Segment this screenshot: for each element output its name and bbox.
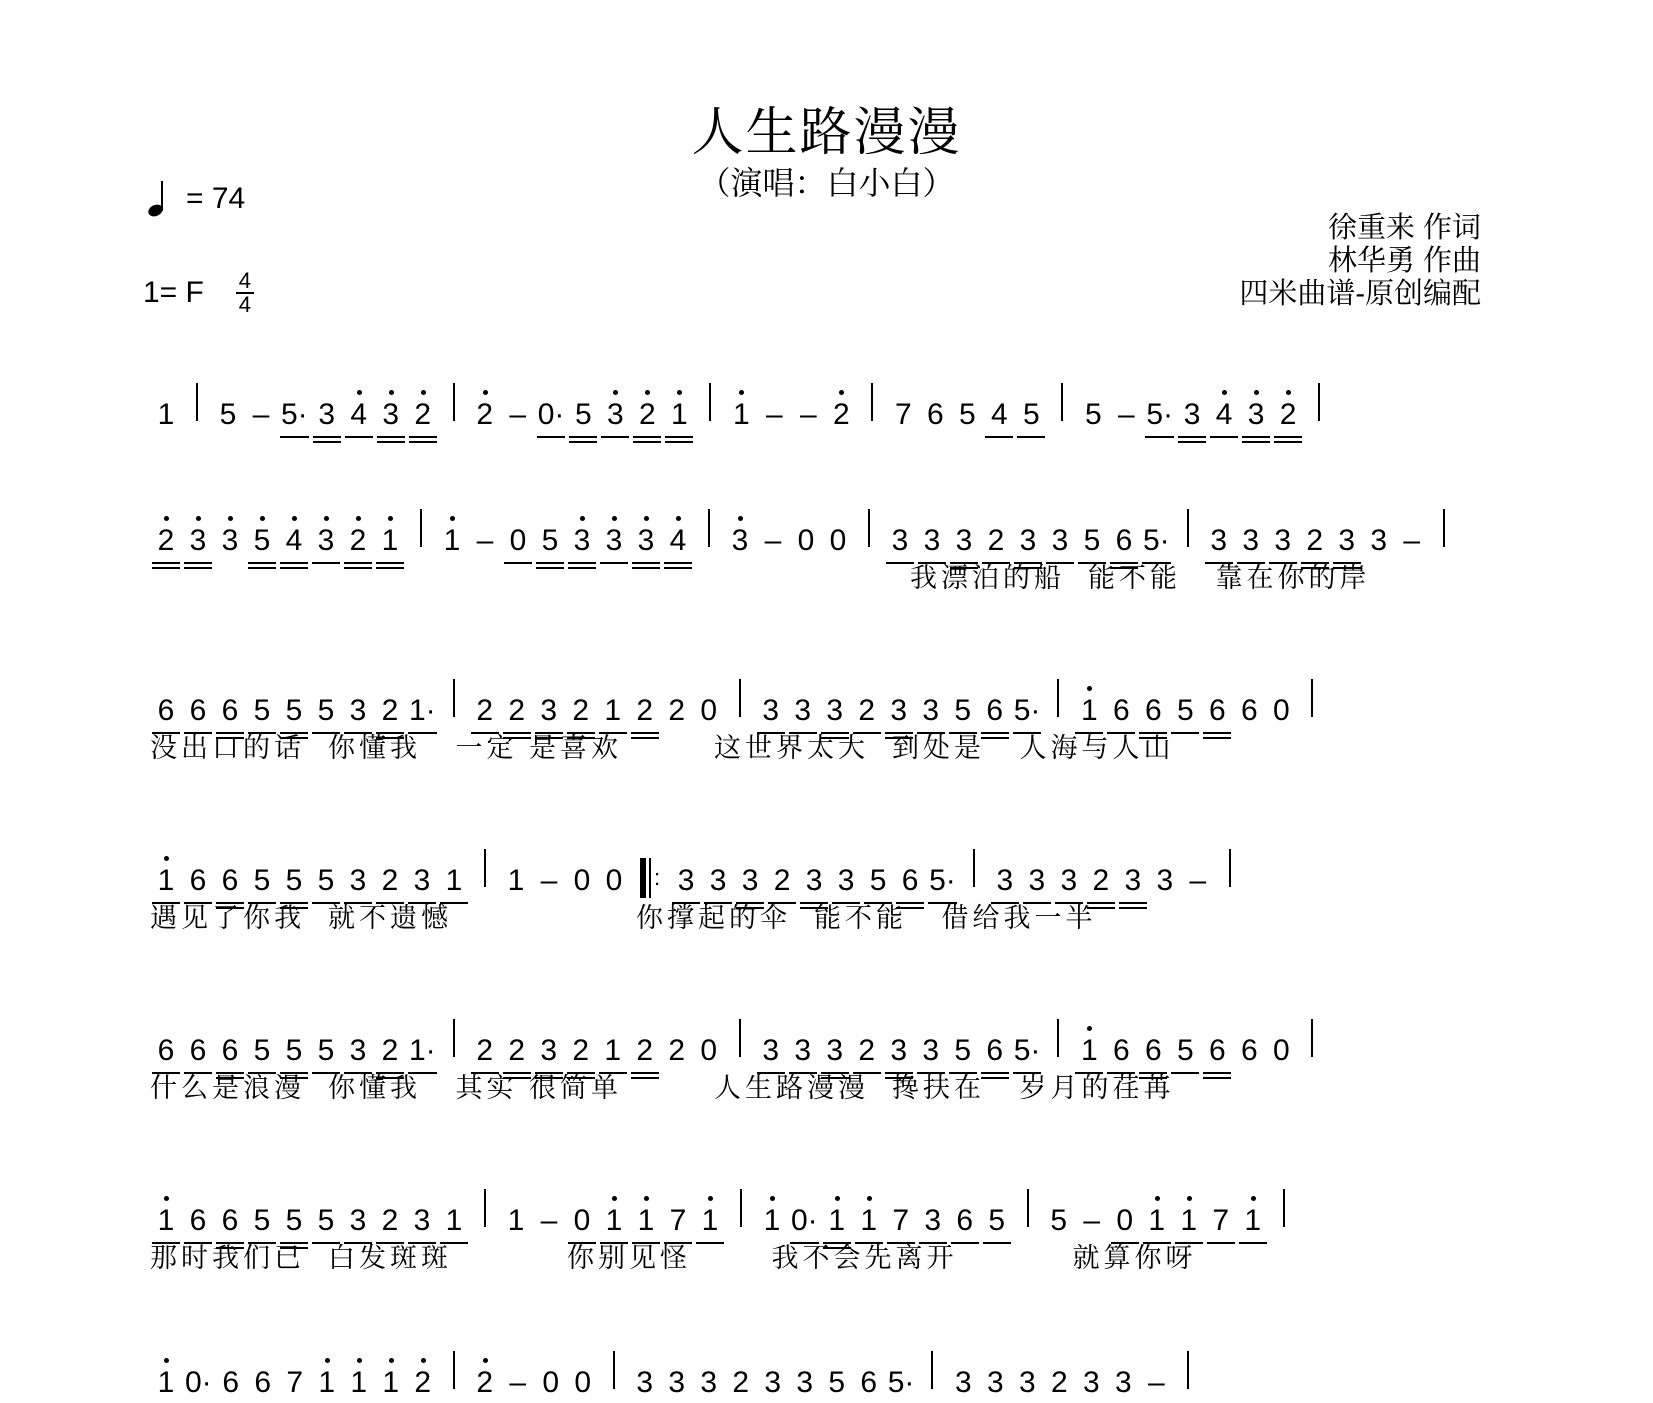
- score-row-5: 666555321·22321220333233565·1665660 什么是浪…: [150, 1008, 1530, 1078]
- note: 6: [1137, 1034, 1169, 1068]
- barline: [1027, 1189, 1029, 1227]
- note: 6: [214, 864, 246, 898]
- barline: [739, 1019, 741, 1057]
- extension-dash: –: [756, 524, 790, 558]
- barline: [453, 1351, 455, 1389]
- time-sig-top: 4: [239, 270, 251, 292]
- notes-row-3: 666555321·22321220333233565·1665660: [150, 668, 1327, 728]
- note: 0: [567, 1366, 599, 1400]
- note: 6: [979, 694, 1011, 728]
- key-label: 1= F: [143, 276, 204, 310]
- extension-dash: –: [1109, 398, 1143, 432]
- note: 3: [342, 1034, 374, 1068]
- note: 2: [565, 1034, 597, 1068]
- note: 3: [1053, 864, 1085, 898]
- note: 5: [246, 524, 278, 558]
- note: 3: [598, 524, 630, 558]
- note: 2: [374, 694, 406, 728]
- note: 7: [887, 398, 919, 432]
- barline: [739, 679, 741, 717]
- note: 1·: [406, 694, 439, 728]
- note: 2: [631, 398, 663, 432]
- extension-dash: –: [501, 398, 535, 432]
- score-row-3: 666555321·22321220333233565·1665660 没出口的…: [150, 668, 1530, 738]
- note: 5: [1043, 1204, 1075, 1238]
- note: 5: [947, 1034, 979, 1068]
- barline: [871, 383, 873, 421]
- note: 0: [693, 694, 725, 728]
- note: 0: [1265, 694, 1297, 728]
- note: 1: [150, 1204, 182, 1238]
- note: 3: [1240, 398, 1272, 432]
- note: 3: [979, 1366, 1011, 1400]
- barline: [196, 383, 198, 421]
- note: 5: [1169, 1034, 1201, 1068]
- extension-dash: –: [532, 1204, 566, 1238]
- note: 1: [821, 1204, 853, 1238]
- note: 1: [1073, 694, 1105, 728]
- note: 6: [919, 398, 951, 432]
- note: 5: [278, 864, 310, 898]
- note: 1: [1237, 1204, 1269, 1238]
- note: 2: [374, 1204, 406, 1238]
- note: 3: [915, 694, 947, 728]
- note: 2: [501, 1034, 533, 1068]
- note: 0: [1265, 1034, 1297, 1068]
- note: 1: [853, 1204, 885, 1238]
- note: 6: [1201, 694, 1233, 728]
- barline: [453, 383, 455, 421]
- note: 0·: [535, 398, 568, 432]
- note: 3: [1149, 864, 1181, 898]
- note: 3: [798, 864, 830, 898]
- note: 5: [278, 1204, 310, 1238]
- note: 3: [1107, 1366, 1139, 1400]
- note: 2: [374, 1034, 406, 1068]
- note: 4: [662, 524, 694, 558]
- note: 7: [1205, 1204, 1237, 1238]
- note: 3: [755, 694, 787, 728]
- note: 3: [1267, 524, 1299, 558]
- note: 1: [597, 694, 629, 728]
- note: 1: [1073, 1034, 1105, 1068]
- note: 2: [725, 1366, 757, 1400]
- note: 3: [375, 398, 407, 432]
- note: 3: [342, 864, 374, 898]
- extension-dash: –: [1395, 524, 1429, 558]
- note: 6: [182, 1034, 214, 1068]
- note: 3: [1176, 398, 1208, 432]
- note: 2: [469, 694, 501, 728]
- note: 0: [535, 1366, 567, 1400]
- note: 1: [150, 398, 182, 432]
- note: 3: [630, 524, 662, 558]
- note: 2: [1272, 398, 1304, 432]
- note: 6: [182, 1204, 214, 1238]
- extension-dash: –: [1075, 1204, 1109, 1238]
- note: 3: [693, 1366, 725, 1400]
- note: 5·: [1140, 524, 1173, 558]
- note: 1: [343, 1366, 375, 1400]
- lyrics-row-3: 没出口的话 你懂我 一定 是喜欢 这世界太大 到处是 人海与人山: [150, 726, 1175, 765]
- extension-dash: –: [757, 398, 791, 432]
- note: 3: [989, 864, 1021, 898]
- note: 3: [182, 524, 214, 558]
- barline: [1061, 383, 1063, 421]
- note: 3: [533, 1034, 565, 1068]
- notes-row-7: 10·66711122–00333233565·333233–: [150, 1340, 1203, 1400]
- note: 0: [598, 864, 630, 898]
- note: 5: [246, 1204, 278, 1238]
- note: 6: [1233, 1034, 1265, 1068]
- note: 3: [883, 1034, 915, 1068]
- barline: [420, 509, 422, 547]
- note: 7: [885, 1204, 917, 1238]
- note: 3: [1363, 524, 1395, 558]
- barline: [613, 1351, 615, 1389]
- note: 2: [407, 398, 439, 432]
- extension-dash: –: [244, 398, 278, 432]
- note: 6: [1108, 524, 1140, 558]
- note: 3: [1075, 1366, 1107, 1400]
- note: 0: [1109, 1204, 1141, 1238]
- note: 3: [883, 694, 915, 728]
- note: 1: [374, 524, 406, 558]
- lyrics-row-2: 我漂泊的船 能不能 靠在你的岸: [910, 556, 1371, 595]
- note: 1: [663, 398, 695, 432]
- note: 2: [661, 1034, 693, 1068]
- note: 6: [214, 1204, 246, 1238]
- note: 3: [734, 864, 766, 898]
- note: 3: [406, 1204, 438, 1238]
- credits: 徐重来 作词 林华勇 作曲 四米曲谱-原创编配: [1239, 212, 1481, 311]
- note: 3: [342, 694, 374, 728]
- note: 3: [916, 524, 948, 558]
- note: 3: [214, 524, 246, 558]
- note: 2: [342, 524, 374, 558]
- note: 3: [947, 1366, 979, 1400]
- note: 5·: [1143, 398, 1176, 432]
- extension-dash: –: [468, 524, 502, 558]
- note: 3: [819, 694, 851, 728]
- note: 4: [1208, 398, 1240, 432]
- note: 2: [501, 694, 533, 728]
- barline: [1311, 679, 1313, 717]
- notes-row-6: 16655532311–0117110·1173655–01171: [150, 1178, 1299, 1238]
- note: 5·: [278, 398, 311, 432]
- note: 3: [702, 864, 734, 898]
- barline: [1318, 383, 1320, 421]
- note: 3: [755, 1034, 787, 1068]
- note: 3: [661, 1366, 693, 1400]
- note: 3: [1021, 864, 1053, 898]
- note: 5: [310, 1034, 342, 1068]
- extension-dash: –: [1139, 1366, 1173, 1400]
- barline: [453, 679, 455, 717]
- note: 7: [279, 1366, 311, 1400]
- note: 2: [629, 694, 661, 728]
- note: 3: [915, 1034, 947, 1068]
- note: 3: [948, 524, 980, 558]
- note: 3: [787, 694, 819, 728]
- note: 5: [981, 1204, 1013, 1238]
- note: 6: [1137, 694, 1169, 728]
- note: 3: [1203, 524, 1235, 558]
- note: 5: [212, 398, 244, 432]
- barline: [868, 509, 870, 547]
- note: 1: [500, 1204, 532, 1238]
- note: 0: [566, 864, 598, 898]
- note: 3: [830, 864, 862, 898]
- note: 1: [150, 864, 182, 898]
- note: 5: [1077, 398, 1109, 432]
- note: 5·: [885, 1366, 918, 1400]
- score-row-6: 16655532311–0117110·1173655–01171 那时我们已 …: [150, 1178, 1530, 1248]
- note: 1: [438, 864, 470, 898]
- time-signature: 4 4: [222, 270, 268, 316]
- note: 0: [822, 524, 854, 558]
- note: 6: [949, 1204, 981, 1238]
- note: 1: [1173, 1204, 1205, 1238]
- note: 1: [630, 1204, 662, 1238]
- note: 1: [756, 1204, 788, 1238]
- note: 5: [821, 1366, 853, 1400]
- note: 2: [469, 1366, 501, 1400]
- song-title: 人生路漫漫: [0, 90, 1653, 165]
- note: 2: [565, 694, 597, 728]
- note: 2: [1085, 864, 1117, 898]
- lyricist-credit: 徐重来 作词: [1239, 212, 1481, 245]
- note: 1·: [406, 1034, 439, 1068]
- note: 6: [1105, 694, 1137, 728]
- extension-dash: –: [1181, 864, 1215, 898]
- barline: [1187, 1351, 1189, 1389]
- note: 6: [214, 1034, 246, 1068]
- note: 2: [1299, 524, 1331, 558]
- note: 3: [342, 1204, 374, 1238]
- note: 0: [566, 1204, 598, 1238]
- note: 3: [1011, 1366, 1043, 1400]
- note: 5: [1076, 524, 1108, 558]
- note: 2: [469, 1034, 501, 1068]
- notes-row-4: 16655532311–00:333233565·333233–: [150, 838, 1245, 898]
- note: 3: [1331, 524, 1363, 558]
- note: 5: [246, 1034, 278, 1068]
- note: 3: [1235, 524, 1267, 558]
- note: 2: [980, 524, 1012, 558]
- note: 4: [278, 524, 310, 558]
- barline: [453, 1019, 455, 1057]
- barline: [1057, 679, 1059, 717]
- note: 0: [693, 1034, 725, 1068]
- note: 3: [819, 1034, 851, 1068]
- note: 1: [436, 524, 468, 558]
- note: 3: [629, 1366, 661, 1400]
- note: 5: [1015, 398, 1047, 432]
- barline: [709, 383, 711, 421]
- score-row-4: 16655532311–00:333233565·333233– 遇见了你我 就…: [150, 838, 1530, 908]
- note: 5: [310, 864, 342, 898]
- note: 6: [214, 694, 246, 728]
- note: 2: [629, 1034, 661, 1068]
- note: 6: [1233, 694, 1265, 728]
- note: 3: [311, 398, 343, 432]
- note: 1: [500, 864, 532, 898]
- note: 5: [278, 694, 310, 728]
- note: 3: [1117, 864, 1149, 898]
- barline: [1187, 509, 1189, 547]
- note: 6: [150, 1034, 182, 1068]
- tempo-marking: = 74: [148, 182, 245, 216]
- lyrics-row-4: 遇见了你我 就不遗憾 你撑起的伞 能不能 借给我一半: [150, 896, 1097, 935]
- note: 5: [310, 1204, 342, 1238]
- note: 3: [566, 524, 598, 558]
- extension-dash: –: [791, 398, 825, 432]
- score-row-1: 15–5·34322–0·53211––2765455–5·3432: [150, 372, 1530, 442]
- quarter-note-icon: [148, 182, 168, 216]
- note: 5: [1169, 694, 1201, 728]
- barline: [1283, 1189, 1285, 1227]
- barline: [1311, 1019, 1313, 1057]
- note: 0: [502, 524, 534, 558]
- note: 5·: [926, 864, 959, 898]
- note: 6: [215, 1366, 247, 1400]
- note: 6: [182, 864, 214, 898]
- note: 1: [438, 1204, 470, 1238]
- note: 3: [599, 398, 631, 432]
- barline: [931, 1351, 933, 1389]
- note: 0·: [182, 1366, 215, 1400]
- note: 5: [567, 398, 599, 432]
- performer-line: （演唱：白小白）: [0, 158, 1653, 204]
- note: 3: [757, 1366, 789, 1400]
- note: 1: [725, 398, 757, 432]
- note: 5: [246, 864, 278, 898]
- barline: [740, 1189, 742, 1227]
- note: 5: [951, 398, 983, 432]
- note: 5·: [1011, 694, 1044, 728]
- note: 3: [917, 1204, 949, 1238]
- note: 4: [983, 398, 1015, 432]
- note: 6: [979, 1034, 1011, 1068]
- note: 0: [790, 524, 822, 558]
- note: 3: [1044, 524, 1076, 558]
- note: 6: [150, 694, 182, 728]
- note: 5: [947, 694, 979, 728]
- note: 3: [310, 524, 342, 558]
- barline: [1057, 1019, 1059, 1057]
- tempo-value: = 74: [186, 182, 245, 216]
- arranger-credit: 四米曲谱-原创编配: [1239, 278, 1481, 311]
- note: 2: [469, 398, 501, 432]
- note: 1: [598, 1204, 630, 1238]
- extension-dash: –: [501, 1366, 535, 1400]
- note: 3: [1012, 524, 1044, 558]
- note: 2: [407, 1366, 439, 1400]
- note: 1: [375, 1366, 407, 1400]
- score-row-2: 233543211–0533343–00333233565·333233– 我漂…: [150, 498, 1530, 568]
- time-sig-bottom: 4: [239, 294, 251, 316]
- note: 1: [694, 1204, 726, 1238]
- barline: [1229, 849, 1231, 887]
- note: 6: [1105, 1034, 1137, 1068]
- note: 0·: [788, 1204, 821, 1238]
- barline: [484, 849, 486, 887]
- note: 2: [825, 398, 857, 432]
- notes-row-5: 666555321·22321220333233565·1665660: [150, 1008, 1327, 1068]
- note: 5: [246, 694, 278, 728]
- notes-row-2: 233543211–0533343–00333233565·333233–: [150, 498, 1459, 558]
- note: 1: [597, 1034, 629, 1068]
- note: 3: [787, 1034, 819, 1068]
- repeat-start-sign: :: [640, 858, 660, 898]
- barline: [484, 1189, 486, 1227]
- note: 2: [1043, 1366, 1075, 1400]
- note: 3: [670, 864, 702, 898]
- note: 5: [278, 1034, 310, 1068]
- key-signature: 1= F 4 4: [143, 270, 268, 316]
- note: 4: [343, 398, 375, 432]
- note: 6: [182, 694, 214, 728]
- note: 6: [247, 1366, 279, 1400]
- note: 1: [311, 1366, 343, 1400]
- lyrics-row-6: 那时我们已 白发斑斑 你别见怪 我不会先离开 就算你呀: [150, 1236, 1197, 1275]
- note: 6: [1201, 1034, 1233, 1068]
- note: 2: [851, 1034, 883, 1068]
- note: 1: [1141, 1204, 1173, 1238]
- note: 2: [661, 694, 693, 728]
- note: 3: [533, 694, 565, 728]
- lyrics-row-5: 什么是浪漫 你懂我 其实 很简单 人生路漫漫 搀扶在 岁月的荏苒: [150, 1066, 1175, 1105]
- note: 2: [374, 864, 406, 898]
- note: 3: [789, 1366, 821, 1400]
- note: 5: [534, 524, 566, 558]
- barline: [1443, 509, 1445, 547]
- note: 6: [894, 864, 926, 898]
- note: 3: [724, 524, 756, 558]
- note: 2: [150, 524, 182, 558]
- barline: [708, 509, 710, 547]
- note: 7: [662, 1204, 694, 1238]
- note: 6: [853, 1366, 885, 1400]
- barline: [973, 849, 975, 887]
- note: 5: [862, 864, 894, 898]
- note: 5·: [1011, 1034, 1044, 1068]
- extension-dash: –: [532, 864, 566, 898]
- note: 2: [766, 864, 798, 898]
- score-row-7: 10·66711122–00333233565·333233–: [150, 1340, 1530, 1403]
- note: 2: [851, 694, 883, 728]
- note: 1: [150, 1366, 182, 1400]
- composer-credit: 林华勇 作曲: [1239, 245, 1481, 278]
- note: 5: [310, 694, 342, 728]
- note: 3: [884, 524, 916, 558]
- notes-row-1: 15–5·34322–0·53211––2765455–5·3432: [150, 372, 1334, 432]
- note: 3: [406, 864, 438, 898]
